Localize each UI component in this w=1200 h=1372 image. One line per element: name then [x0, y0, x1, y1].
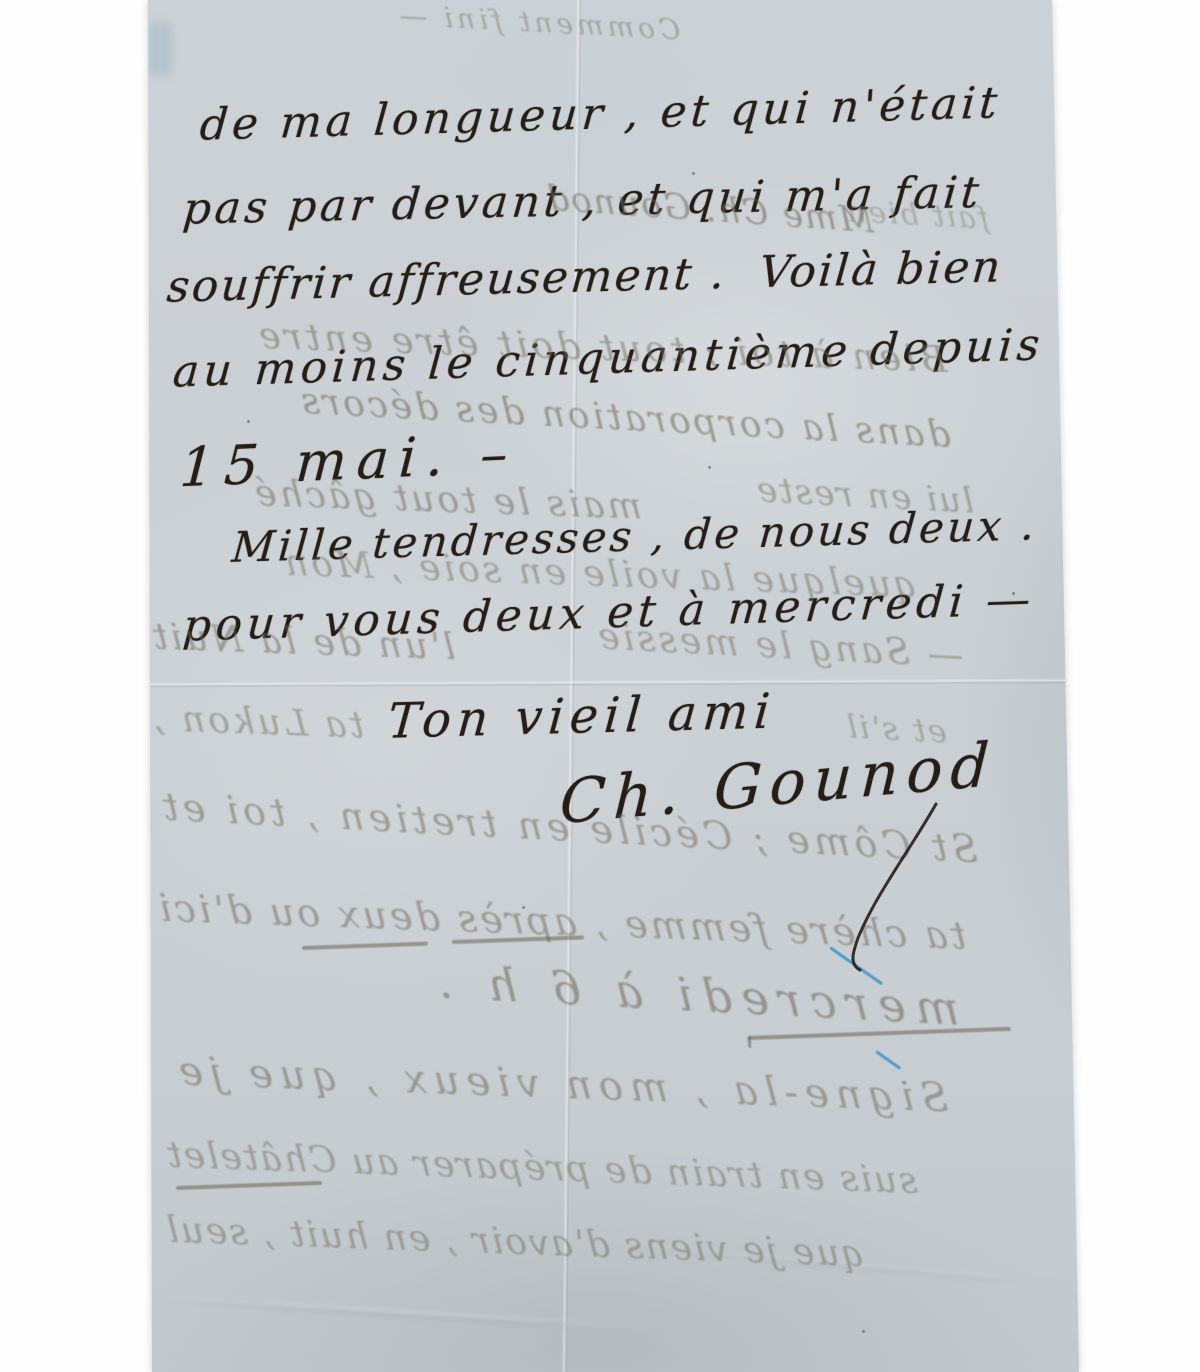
paper-speck: [1012, 592, 1015, 595]
verso-bleed-line: mais le tout gâché: [251, 473, 643, 528]
letter-line: souffrir affreusement . Voilà bien: [165, 242, 1005, 314]
verso-underline-mark: [302, 942, 428, 950]
paper-speck: [862, 1330, 865, 1333]
ink-layer: de ma longueur , et qui n'étaitpas par d…: [0, 0, 1200, 1372]
verso-bleed-line: que je viens d'avoir , en huit , seul: [164, 1210, 866, 1276]
paper-speck: [708, 466, 711, 469]
verso-bleed-line: suis en train de préparer au Châtelet: [164, 1135, 919, 1202]
verso-bleed-line: et s'il: [844, 707, 948, 750]
signature-flourish-stroke: [818, 798, 958, 983]
verso-bleed-line: ta Lukon ,: [149, 698, 366, 747]
verso-underline-mark: [176, 1181, 322, 1190]
paper-speck: [522, 906, 525, 909]
paper-speck: [247, 420, 250, 423]
scan-background: de ma longueur , et qui n'étaitpas par d…: [0, 0, 1200, 1372]
verso-bleed-line: Comment fini —: [394, 0, 681, 47]
paper-speck: [692, 172, 695, 175]
blue-pencil-mark: [875, 1050, 901, 1070]
letter-scan-paper: de ma longueur , et qui n'étaitpas par d…: [0, 0, 1200, 1372]
verso-bleed-line: Signe-la , mon vieux , que je: [171, 1048, 950, 1121]
letter-line: de ma longueur , et qui n'était: [198, 78, 1003, 152]
letter-line: Ton vieil ami: [386, 684, 778, 750]
